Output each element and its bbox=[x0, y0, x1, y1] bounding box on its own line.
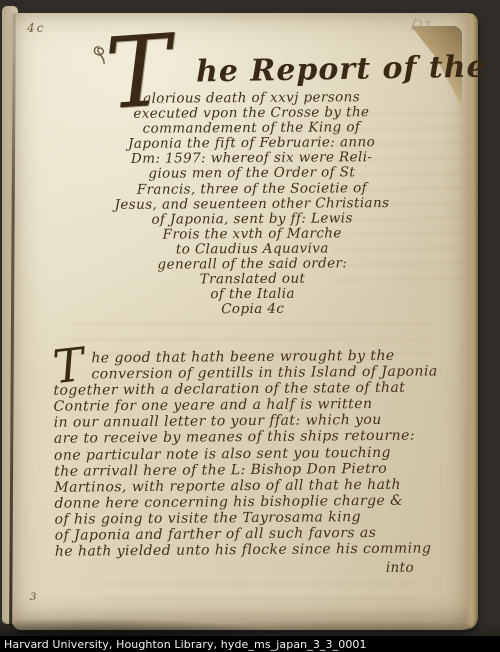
library-caption: Harvard University, Houghton Library, hy… bbox=[0, 638, 367, 651]
top-left-ink-mark: 4c bbox=[27, 21, 45, 35]
ink-showthrough bbox=[102, 583, 422, 623]
library-caption-bar: Harvard University, Houghton Library, hy… bbox=[0, 636, 500, 652]
catchword: into bbox=[54, 560, 414, 576]
manuscript-line: Copia 4c bbox=[73, 301, 433, 319]
manuscript-photo: T he Report of the glorious death of xxv… bbox=[0, 0, 500, 652]
paragraph-drop-cap: T bbox=[52, 349, 86, 382]
body-paragraph: T he good that hath beene wrought by the… bbox=[53, 347, 459, 560]
bottom-left-page-mark: 3 bbox=[30, 592, 36, 603]
paragraph-lines: he good that hath beene wrought by theco… bbox=[53, 347, 459, 560]
title-paragraph: glorious death of xxvj personsexecuted v… bbox=[71, 90, 433, 319]
page-title: he Report of the bbox=[196, 49, 487, 89]
top-right-pencil-mark: D1 bbox=[410, 16, 433, 37]
